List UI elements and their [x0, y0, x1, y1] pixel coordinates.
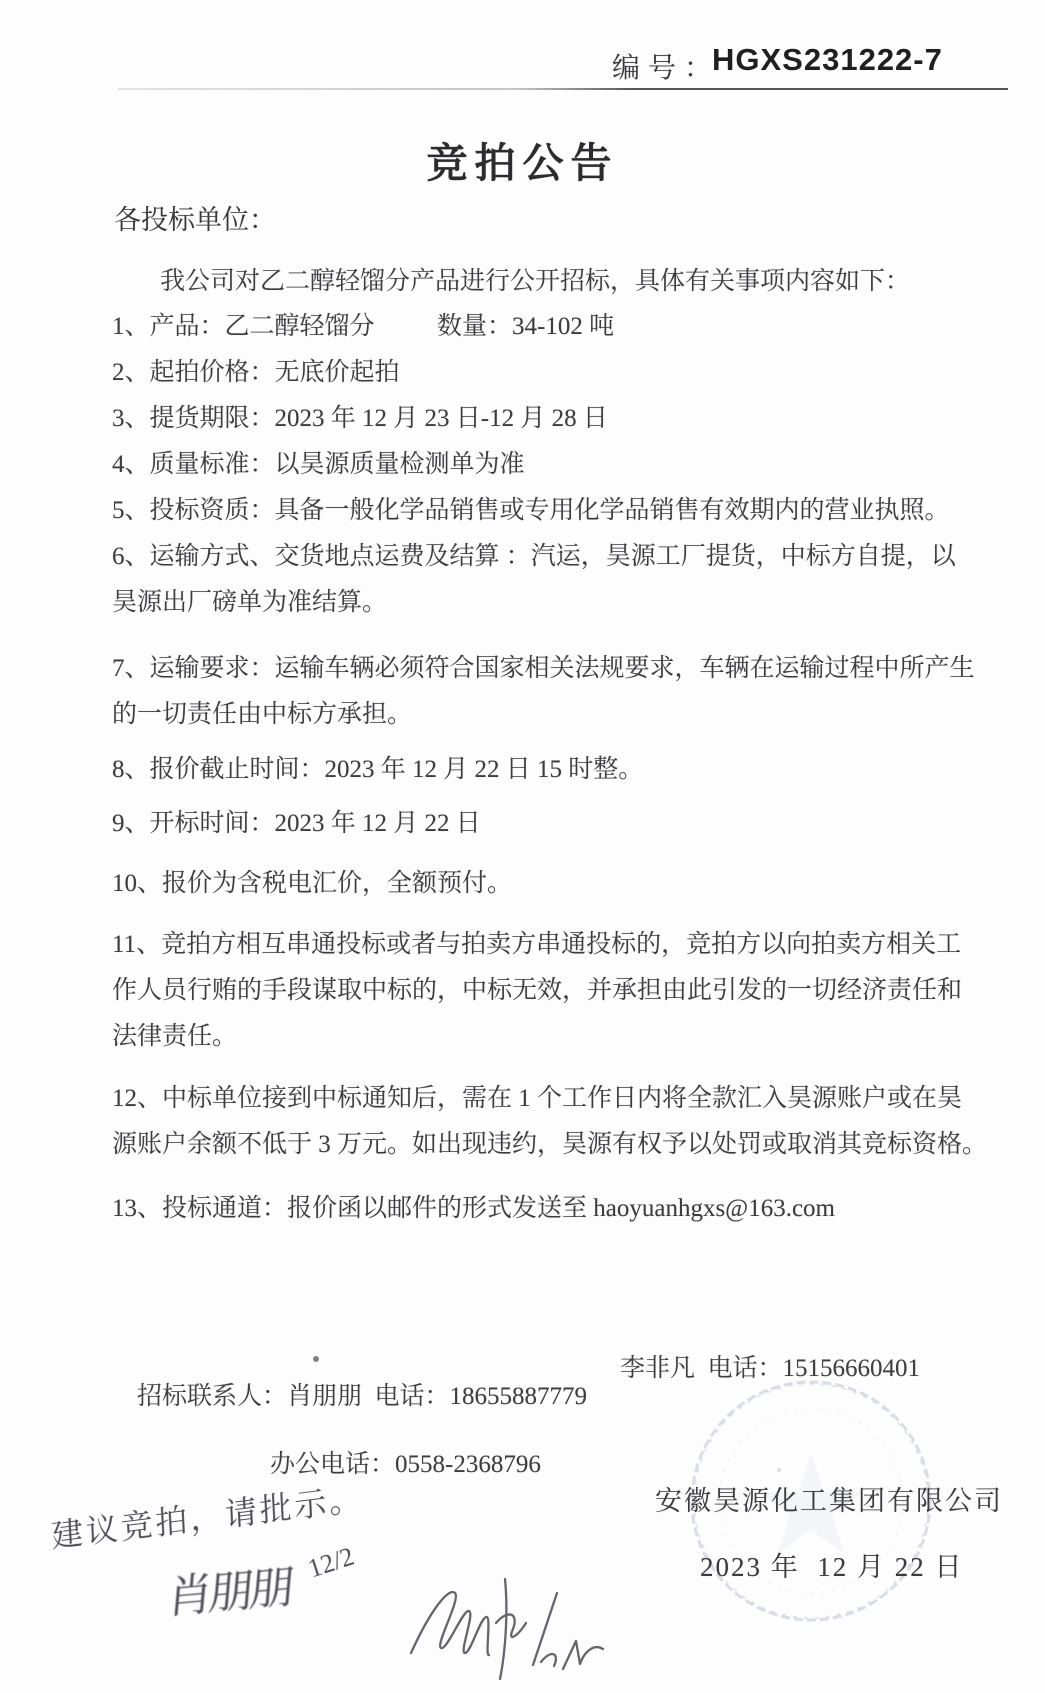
- ink-dot: [313, 1356, 319, 1362]
- term-line: 作人员行贿的手段谋取中标的，中标无效，并承担由此引发的一切经济责任和: [112, 968, 1018, 1014]
- primary-phone: 18655887779: [450, 1383, 588, 1410]
- term-line: 12、中标单位接到中标通知后，需在 1 个工作日内将全款汇入昊源账户或在昊: [112, 1076, 1018, 1122]
- term-line: 3、提货期限：2023 年 12 月 23 日-12 月 28 日: [112, 396, 1018, 442]
- auction-term: 12、中标单位接到中标通知后，需在 1 个工作日内将全款汇入昊源账户或在昊源账户…: [112, 1076, 1018, 1168]
- company-name: 安徽昊源化工集团有限公司: [655, 1479, 1003, 1518]
- term-line: 源账户余额不低于 3 万元。如出现违约，昊源有权予以处罚或取消其竞标资格。: [112, 1122, 1018, 1168]
- handwritten-note: 建议竞拍，请批示。: [50, 1473, 365, 1557]
- signature-scrawl-icon: [405, 1565, 620, 1690]
- term-line: 10、报价为含税电汇价，全额预付。: [112, 861, 1018, 907]
- term-line: 2、起拍价格：无底价起拍: [112, 350, 1018, 396]
- auction-term: 4、质量标准：以昊源质量检测单为准: [112, 442, 1018, 488]
- primary-contact-label: 招标联系人：: [137, 1383, 287, 1410]
- auction-term: 13、投标通道：报价函以邮件的形式发送至 haoyuanhgxs@163.com: [112, 1186, 1018, 1232]
- term-line: 8、报价截止时间：2023 年 12 月 22 日 15 时整。: [112, 747, 1018, 793]
- auction-term: 8、报价截止时间：2023 年 12 月 22 日 15 时整。: [112, 747, 1018, 793]
- ref-underline: [118, 88, 1008, 90]
- term-line: 5、投标资质：具备一般化学品销售或专用化学品销售有效期内的营业执照。: [112, 488, 1018, 534]
- term-line: 1、产品：乙二醇轻馏分 数量：34-102 吨: [112, 304, 1018, 350]
- office-phone-label: 办公电话：: [270, 1451, 395, 1478]
- ref-label: 编号：: [612, 46, 720, 86]
- primary-contact-name: 肖朋朋: [287, 1383, 362, 1410]
- issue-date: 2023 年 12 月 22 日: [700, 1545, 964, 1584]
- auction-term: 10、报价为含税电汇价，全额预付。: [112, 861, 1018, 907]
- auction-term: 7、运输要求：运输车辆必须符合国家相关法规要求，车辆在运输过程中所产生的一切责任…: [112, 646, 1018, 738]
- primary-phone-label: 电话：: [375, 1383, 450, 1410]
- handwritten-signature: 肖朋朋: [165, 1549, 293, 1625]
- auction-term: 11、竞拍方相互串通投标或者与拍卖方串通投标的，竞拍方以向拍卖方相关工作人员行贿…: [112, 922, 1018, 1060]
- auction-term: 3、提货期限：2023 年 12 月 23 日-12 月 28 日: [112, 396, 1018, 442]
- term-line: 7、运输要求：运输车辆必须符合国家相关法规要求，车辆在运输过程中所产生: [112, 646, 1018, 692]
- term-line: 4、质量标准：以昊源质量检测单为准: [112, 442, 1018, 488]
- page-title: 竞拍公告: [0, 130, 1045, 189]
- auction-term: 9、开标时间：2023 年 12 月 22 日: [112, 801, 1018, 847]
- term-line: 11、竞拍方相互串通投标或者与拍卖方串通投标的，竞拍方以向拍卖方相关工: [112, 922, 1018, 968]
- handwritten-signature-date: 12/2: [304, 1542, 357, 1585]
- auction-terms-list: 1、产品：乙二醇轻馏分 数量：34-102 吨 2、起拍价格：无底价起拍 3、提…: [112, 304, 1018, 1232]
- auction-term: 6、运输方式、交货地点运费及结算 ：汽运，昊源工厂提货，中标方自提，以昊源出厂磅…: [112, 534, 1018, 626]
- auction-term: 5、投标资质：具备一般化学品销售或专用化学品销售有效期内的营业执照。: [112, 488, 1018, 534]
- term-line: 法律责任。: [112, 1014, 1018, 1060]
- term-line: 9、开标时间：2023 年 12 月 22 日: [112, 801, 1018, 847]
- salutation: 各投标单位：: [114, 198, 276, 237]
- intro-paragraph: 我公司对乙二醇轻馏分产品进行公开招标，具体有关事项内容如下：: [160, 261, 910, 297]
- ref-number: HGXS231222-7: [712, 42, 943, 78]
- term-line: 6、运输方式、交货地点运费及结算 ：汽运，昊源工厂提货，中标方自提，以: [112, 534, 1018, 580]
- term-line: 的一切责任由中标方承担。: [112, 692, 1018, 738]
- office-phone: 0558-2368796: [395, 1451, 541, 1478]
- auction-term: 1、产品：乙二醇轻馏分 数量：34-102 吨: [112, 304, 1018, 350]
- term-line: 昊源出厂磅单为准结算。: [112, 580, 1018, 626]
- auction-term: 2、起拍价格：无底价起拍: [112, 350, 1018, 396]
- term-line: 13、投标通道：报价函以邮件的形式发送至 haoyuanhgxs@163.com: [112, 1186, 1018, 1232]
- document-page: 编号： HGXS231222-7 竞拍公告 各投标单位： 我公司对乙二醇轻馏分产…: [0, 0, 1045, 1693]
